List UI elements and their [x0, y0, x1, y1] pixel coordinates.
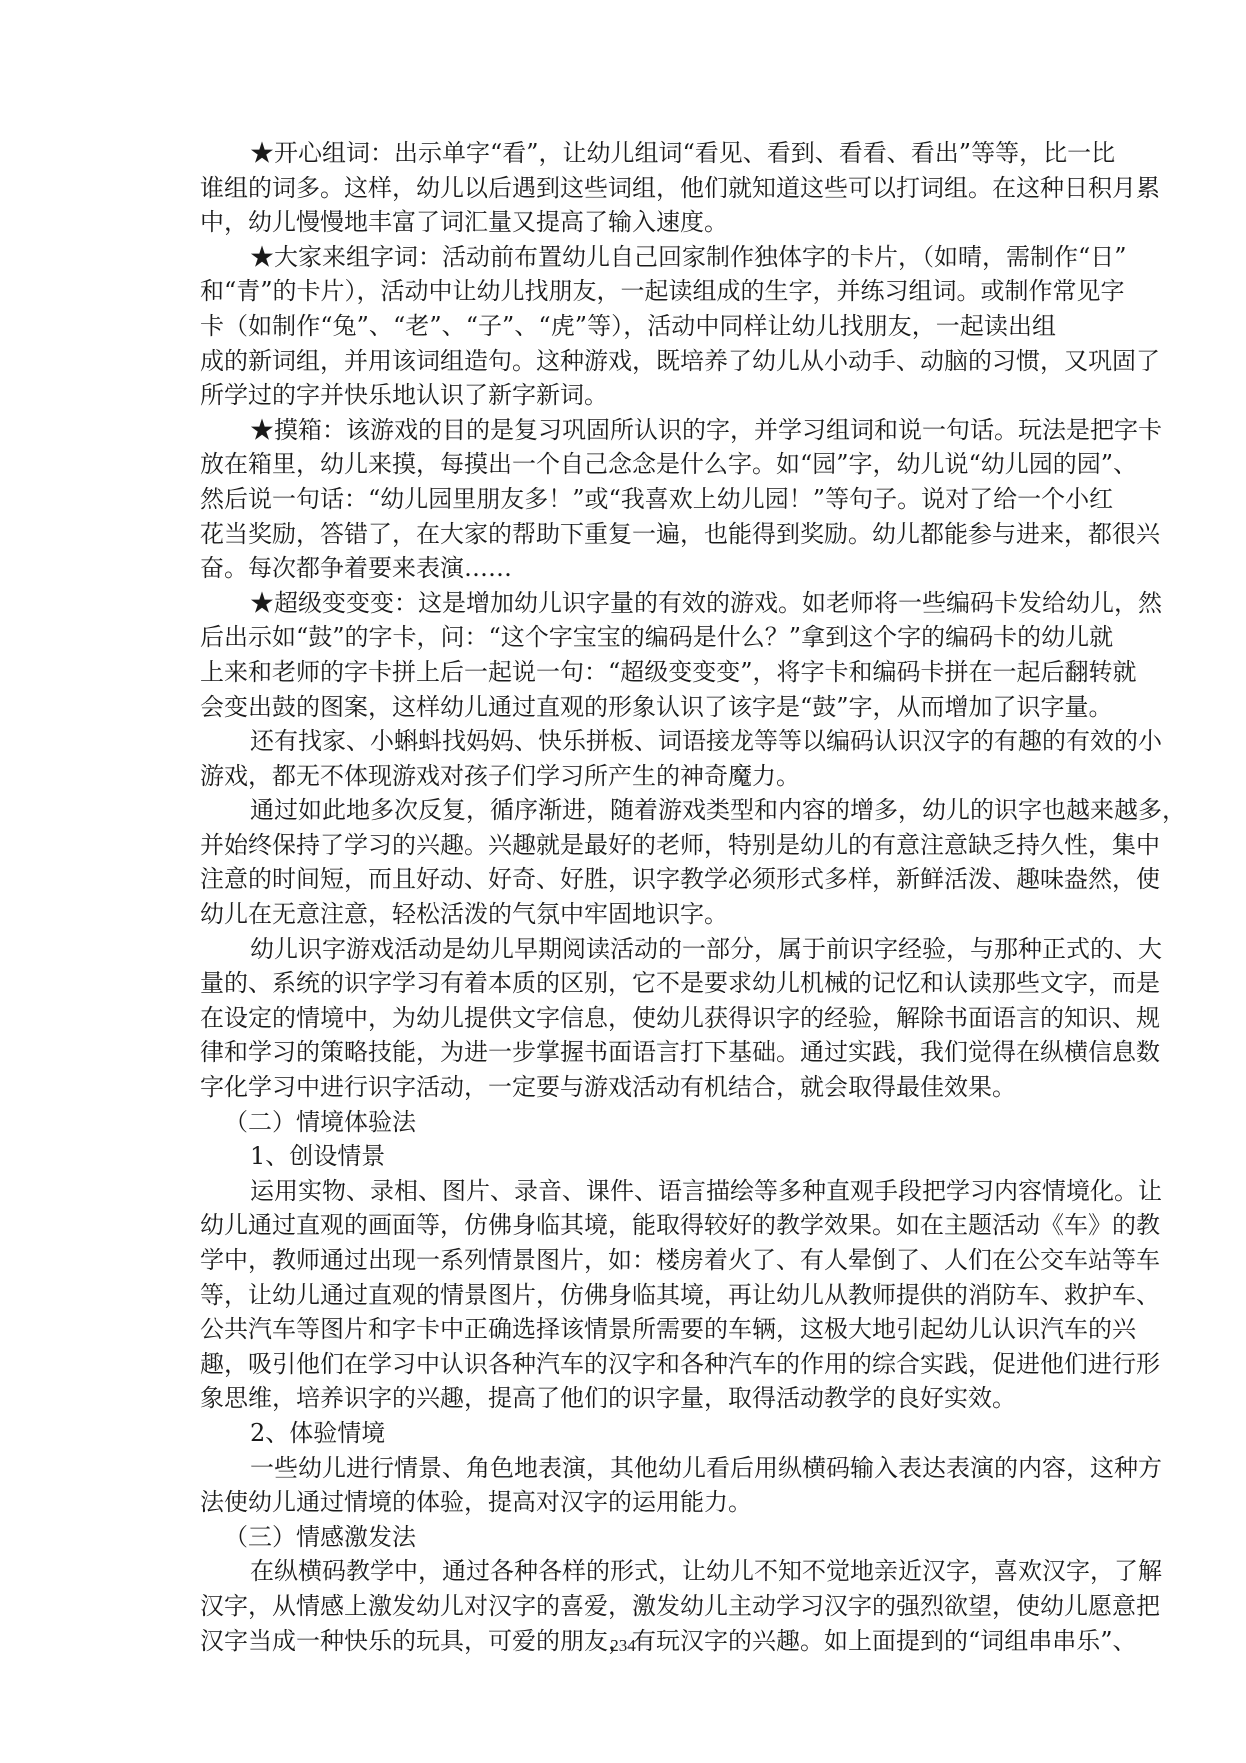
- text-line: 等，让幼儿通过直观的情景图片，仿佛身临其境，再让幼儿从教师提供的消防车、救护车、: [200, 1278, 1056, 1313]
- subsection-heading: 1、创设情景: [200, 1139, 1056, 1174]
- text-line: 然后说一句话：“幼儿园里朋友多！”或“我喜欢上幼儿园！”等句子。说对了给一个小红: [200, 482, 1056, 517]
- text-line: 在设定的情境中，为幼儿提供文字信息，使幼儿获得识字的经验，解除书面语言的知识、规: [200, 1001, 1056, 1036]
- text-line: ★开心组词：出示单字“看”，让幼儿组词“看见、看到、看看、看出”等等，比一比: [200, 136, 1056, 171]
- text-line: 中，幼儿慢慢地丰富了词汇量又提高了输入速度。: [200, 205, 1056, 240]
- text-line: 注意的时间短，而且好动、好奇、好胜，识字教学必须形式多样，新鲜活泼、趣味盎然，使: [200, 862, 1056, 897]
- section-heading: （三）情感激发法: [200, 1520, 1056, 1555]
- text-line: ★大家来组字词：活动前布置幼儿自己回家制作独体字的卡片，（如晴，需制作“日”: [200, 240, 1056, 275]
- document-page: ★开心组词：出示单字“看”，让幼儿组词“看见、看到、看看、看出”等等，比一比谁组…: [0, 0, 1246, 1763]
- text-line: 一些幼儿进行情景、角色地表演，其他幼儿看后用纵横码输入表达表演的内容，这种方: [200, 1451, 1056, 1486]
- text-line: 和“青”的卡片），活动中让幼儿找朋友，一起读组成的生字，并练习组词。或制作常见字: [200, 274, 1056, 309]
- text-line: 量的、系统的识字学习有着本质的区别，它不是要求幼儿机械的记忆和认读那些文字，而是: [200, 966, 1056, 1001]
- text-line: 字化学习中进行识字活动，一定要与游戏活动有机结合，就会取得最佳效果。: [200, 1070, 1056, 1105]
- text-line: 通过如此地多次反复，循序渐进，随着游戏类型和内容的增多，幼儿的识字也越来越多，: [200, 793, 1056, 828]
- text-line: 幼儿识字游戏活动是幼儿早期阅读活动的一部分，属于前识字经验，与那种正式的、大: [200, 932, 1056, 967]
- text-line: 所学过的字并快乐地认识了新字新词。: [200, 378, 1056, 413]
- text-line: 谁组的词多。这样，幼儿以后遇到这些词组，他们就知道这些可以打词组。在这种日积月累: [200, 171, 1056, 206]
- text-line: 卡（如制作“兔”、“老”、“子”、“虎”等），活动中同样让幼儿找朋友，一起读出组: [200, 309, 1056, 344]
- text-line: 象思维，培养识字的兴趣，提高了他们的识字量，取得活动教学的良好实效。: [200, 1381, 1056, 1416]
- text-line: 公共汽车等图片和字卡中正确选择该情景所需要的车辆，这极大地引起幼儿认识汽车的兴: [200, 1312, 1056, 1347]
- text-line: 奋。每次都争着要来表演……: [200, 551, 1056, 586]
- text-line: ★摸箱：该游戏的目的是复习巩固所认识的字，并学习组词和说一句话。玩法是把字卡: [200, 413, 1056, 448]
- text-line: 法使幼儿通过情境的体验，提高对汉字的运用能力。: [200, 1485, 1056, 1520]
- text-line: 律和学习的策略技能，为进一步掌握书面语言打下基础。通过实践，我们觉得在纵横信息数: [200, 1035, 1056, 1070]
- text-line: 幼儿通过直观的画面等，仿佛身临其境，能取得较好的教学效果。如在主题活动《车》的教: [200, 1208, 1056, 1243]
- text-line: 在纵横码教学中，通过各种各样的形式，让幼儿不知不觉地亲近汉字，喜欢汉字，了解: [200, 1554, 1056, 1589]
- subsection-heading: 2、体验情境: [200, 1416, 1056, 1451]
- text-line: 学中，教师通过出现一系列情景图片，如：楼房着火了、有人晕倒了、人们在公交车站等车: [200, 1243, 1056, 1278]
- text-line: 幼儿在无意注意，轻松活泼的气氛中牢固地识字。: [200, 897, 1056, 932]
- text-line: ★超级变变变：这是增加幼儿识字量的有效的游戏。如老师将一些编码卡发给幼儿，然: [200, 586, 1056, 621]
- section-heading: （二）情境体验法: [200, 1105, 1056, 1140]
- text-line: 后出示如“鼓”的字卡，问：“这个字宝宝的编码是什么？”拿到这个字的编码卡的幼儿就: [200, 620, 1056, 655]
- text-line: 还有找家、小蝌蚪找妈妈、快乐拼板、词语接龙等等以编码认识汉字的有趣的有效的小: [200, 724, 1056, 759]
- page-body-text: ★开心组词：出示单字“看”，让幼儿组词“看见、看到、看看、看出”等等，比一比谁组…: [200, 136, 1056, 1658]
- text-line: 游戏，都无不体现游戏对孩子们学习所产生的神奇魔力。: [200, 759, 1056, 794]
- text-line: 趣，吸引他们在学习中认识各种汽车的汉字和各种汽车的作用的综合实践，促进他们进行形: [200, 1347, 1056, 1382]
- text-line: 上来和老师的字卡拼上后一起说一句：“超级变变变”，将字卡和编码卡拼在一起后翻转就: [200, 655, 1056, 690]
- text-line: 汉字，从情感上激发幼儿对汉字的喜爱，激发幼儿主动学习汉字的强烈欲望，使幼儿愿意把: [200, 1589, 1056, 1624]
- text-line: 花当奖励，答错了，在大家的帮助下重复一遍，也能得到奖励。幼儿都能参与进来，都很兴: [200, 517, 1056, 552]
- page-number: 234: [0, 1636, 1246, 1656]
- text-line: 成的新词组，并用该词组造句。这种游戏，既培养了幼儿从小动手、动脑的习惯，又巩固了: [200, 344, 1056, 379]
- text-line: 并始终保持了学习的兴趣。兴趣就是最好的老师，特别是幼儿的有意注意缺乏持久性，集中: [200, 828, 1056, 863]
- text-line: 运用实物、录相、图片、录音、课件、语言描绘等多种直观手段把学习内容情境化。让: [200, 1174, 1056, 1209]
- text-line: 会变出鼓的图案，这样幼儿通过直观的形象认识了该字是“鼓”字，从而增加了识字量。: [200, 690, 1056, 725]
- text-line: 放在箱里，幼儿来摸，每摸出一个自己念念是什么字。如“园”字，幼儿说“幼儿园的园”…: [200, 447, 1056, 482]
